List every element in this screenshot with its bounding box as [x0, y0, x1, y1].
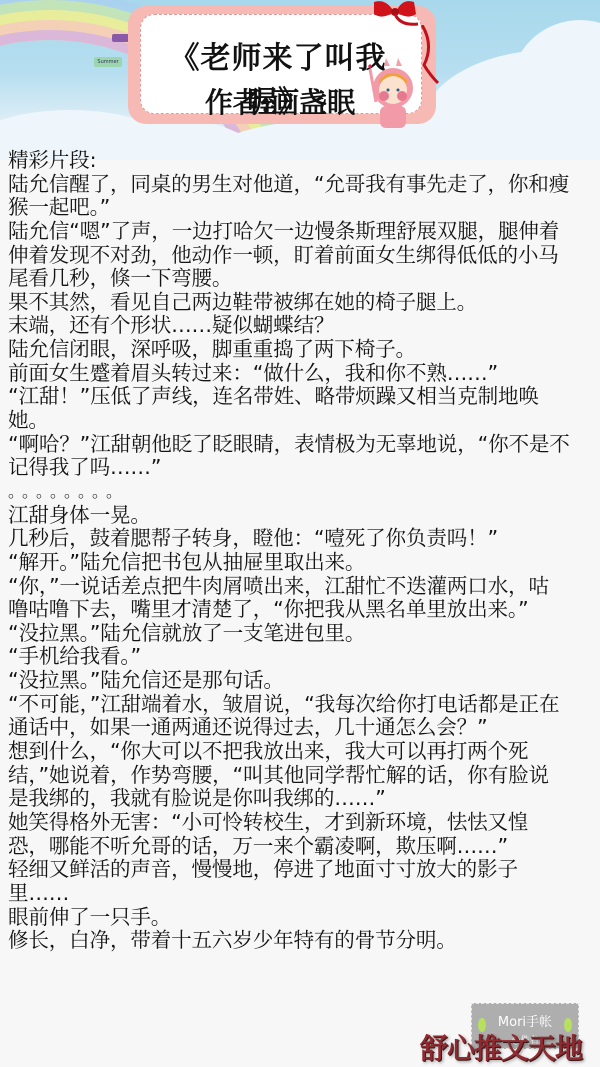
- text-line: 果不其然，看见自己两边鞋带被绑在她的椅子腿上。: [8, 291, 598, 315]
- text-line: “手机给我看。”: [8, 645, 598, 669]
- text-line: 前面女生蹙着眉头转过来：“做什么，我和你不熟……”: [8, 362, 598, 386]
- text-line: 几秒后，鼓着腮帮子转身，瞪他：“噎死了你负责吗！”: [8, 527, 598, 551]
- text-line: 记得我了吗……”: [8, 456, 598, 480]
- text-line: 修长，白净，带着十五六岁少年特有的骨节分明。: [8, 929, 598, 953]
- text-line: “没拉黑。”陆允信还是那句话。: [8, 669, 598, 693]
- excerpt-text: 精彩片段: 陆允信醒了，同桌的男生对他道，“允哥我有事先走了，你和瘦 猴一起吧。…: [8, 149, 598, 953]
- excerpt-heading: 精彩片段:: [8, 149, 598, 173]
- summer-tag: Summer: [94, 57, 122, 67]
- text-line: 轻细又鲜活的声音，慢慢地，停进了地面寸寸放大的影子: [8, 858, 598, 882]
- text-line: “江甜！”压低了声线，连名带姓、略带烦躁又相当克制地唤: [8, 385, 598, 409]
- section-break: 。。。。。。。。: [8, 480, 598, 504]
- text-line: 恐，哪能不听允哥的话，万一来个霸凌啊，欺压啊……”: [8, 835, 598, 859]
- text-line: 尾看几秒，倏一下弯腰。: [8, 267, 598, 291]
- text-line: 通话中，如果一通两通还说得过去，几十通怎么会？”: [8, 716, 598, 740]
- text-line: 猴一起吧。”: [8, 196, 598, 220]
- text-line: 江甜身体一晃。: [8, 504, 598, 528]
- text-line: 眼前伸了一只手。: [8, 906, 598, 930]
- text-line: “你，”一说话差点把牛肉屑喷出来，江甜忙不迭灌两口水，咕: [8, 575, 598, 599]
- text-line: “不可能，”江甜端着水，皱眉说，“我每次给你打电话都是正在: [8, 693, 598, 717]
- red-bow-icon: [368, 0, 422, 28]
- text-line: 是我绑的，我就有脸说是你叫我绑的……”: [8, 787, 598, 811]
- text-line: 陆允信闭眼，深呼吸，脚重重捣了两下椅子。: [8, 338, 598, 362]
- text-line: 她笑得格外无害：“小可怜转校生，才到新环境，怯怯又惶: [8, 811, 598, 835]
- text-line: “啊哈？”江甜朝他眨了眨眼睛，表情极为无辜地说，“你不是不: [8, 433, 598, 457]
- text-line: 想到什么，“你大可以不把我放出来，我大可以再打两个死: [8, 740, 598, 764]
- text-line: “没拉黑。”陆允信就放了一支笔进包里。: [8, 622, 598, 646]
- text-line: 末端，还有个形状……疑似蝴蝶结？: [8, 314, 598, 338]
- text-line: 她。: [8, 409, 598, 433]
- text-line: 伸着发现不对劲，他动作一顿，盯着前面女生绑得低低的小马: [8, 244, 598, 268]
- header-banner: Summer 《老师来了叫我喔》 作者:画盏眠: [0, 0, 600, 160]
- text-line: 噜咕噜下去，嘴里才清楚了，“你把我从黑名单里放出来。”: [8, 598, 598, 622]
- text-line: 结，”她说着，作势弯腰，“叫其他同学帮忙解的话，你有脸说: [8, 764, 598, 788]
- ribbon-tail-icon: [420, 25, 440, 85]
- page: Summer 《老师来了叫我喔》 作者:画盏眠: [0, 0, 600, 1067]
- text-line: 里……: [8, 882, 598, 906]
- text-line: 陆允信醒了，同桌的男生对他道，“允哥我有事先走了，你和瘦: [8, 173, 598, 197]
- text-line: 陆允信“嗯”了声，一边打哈欠一边慢条斯理舒展双腿，腿伸着: [8, 220, 598, 244]
- girl-illustration-icon: [362, 58, 422, 128]
- text-line: “解开。”陆允信把书包从抽屉里取出来。: [8, 551, 598, 575]
- site-watermark: 舒心推文天地: [420, 1027, 582, 1067]
